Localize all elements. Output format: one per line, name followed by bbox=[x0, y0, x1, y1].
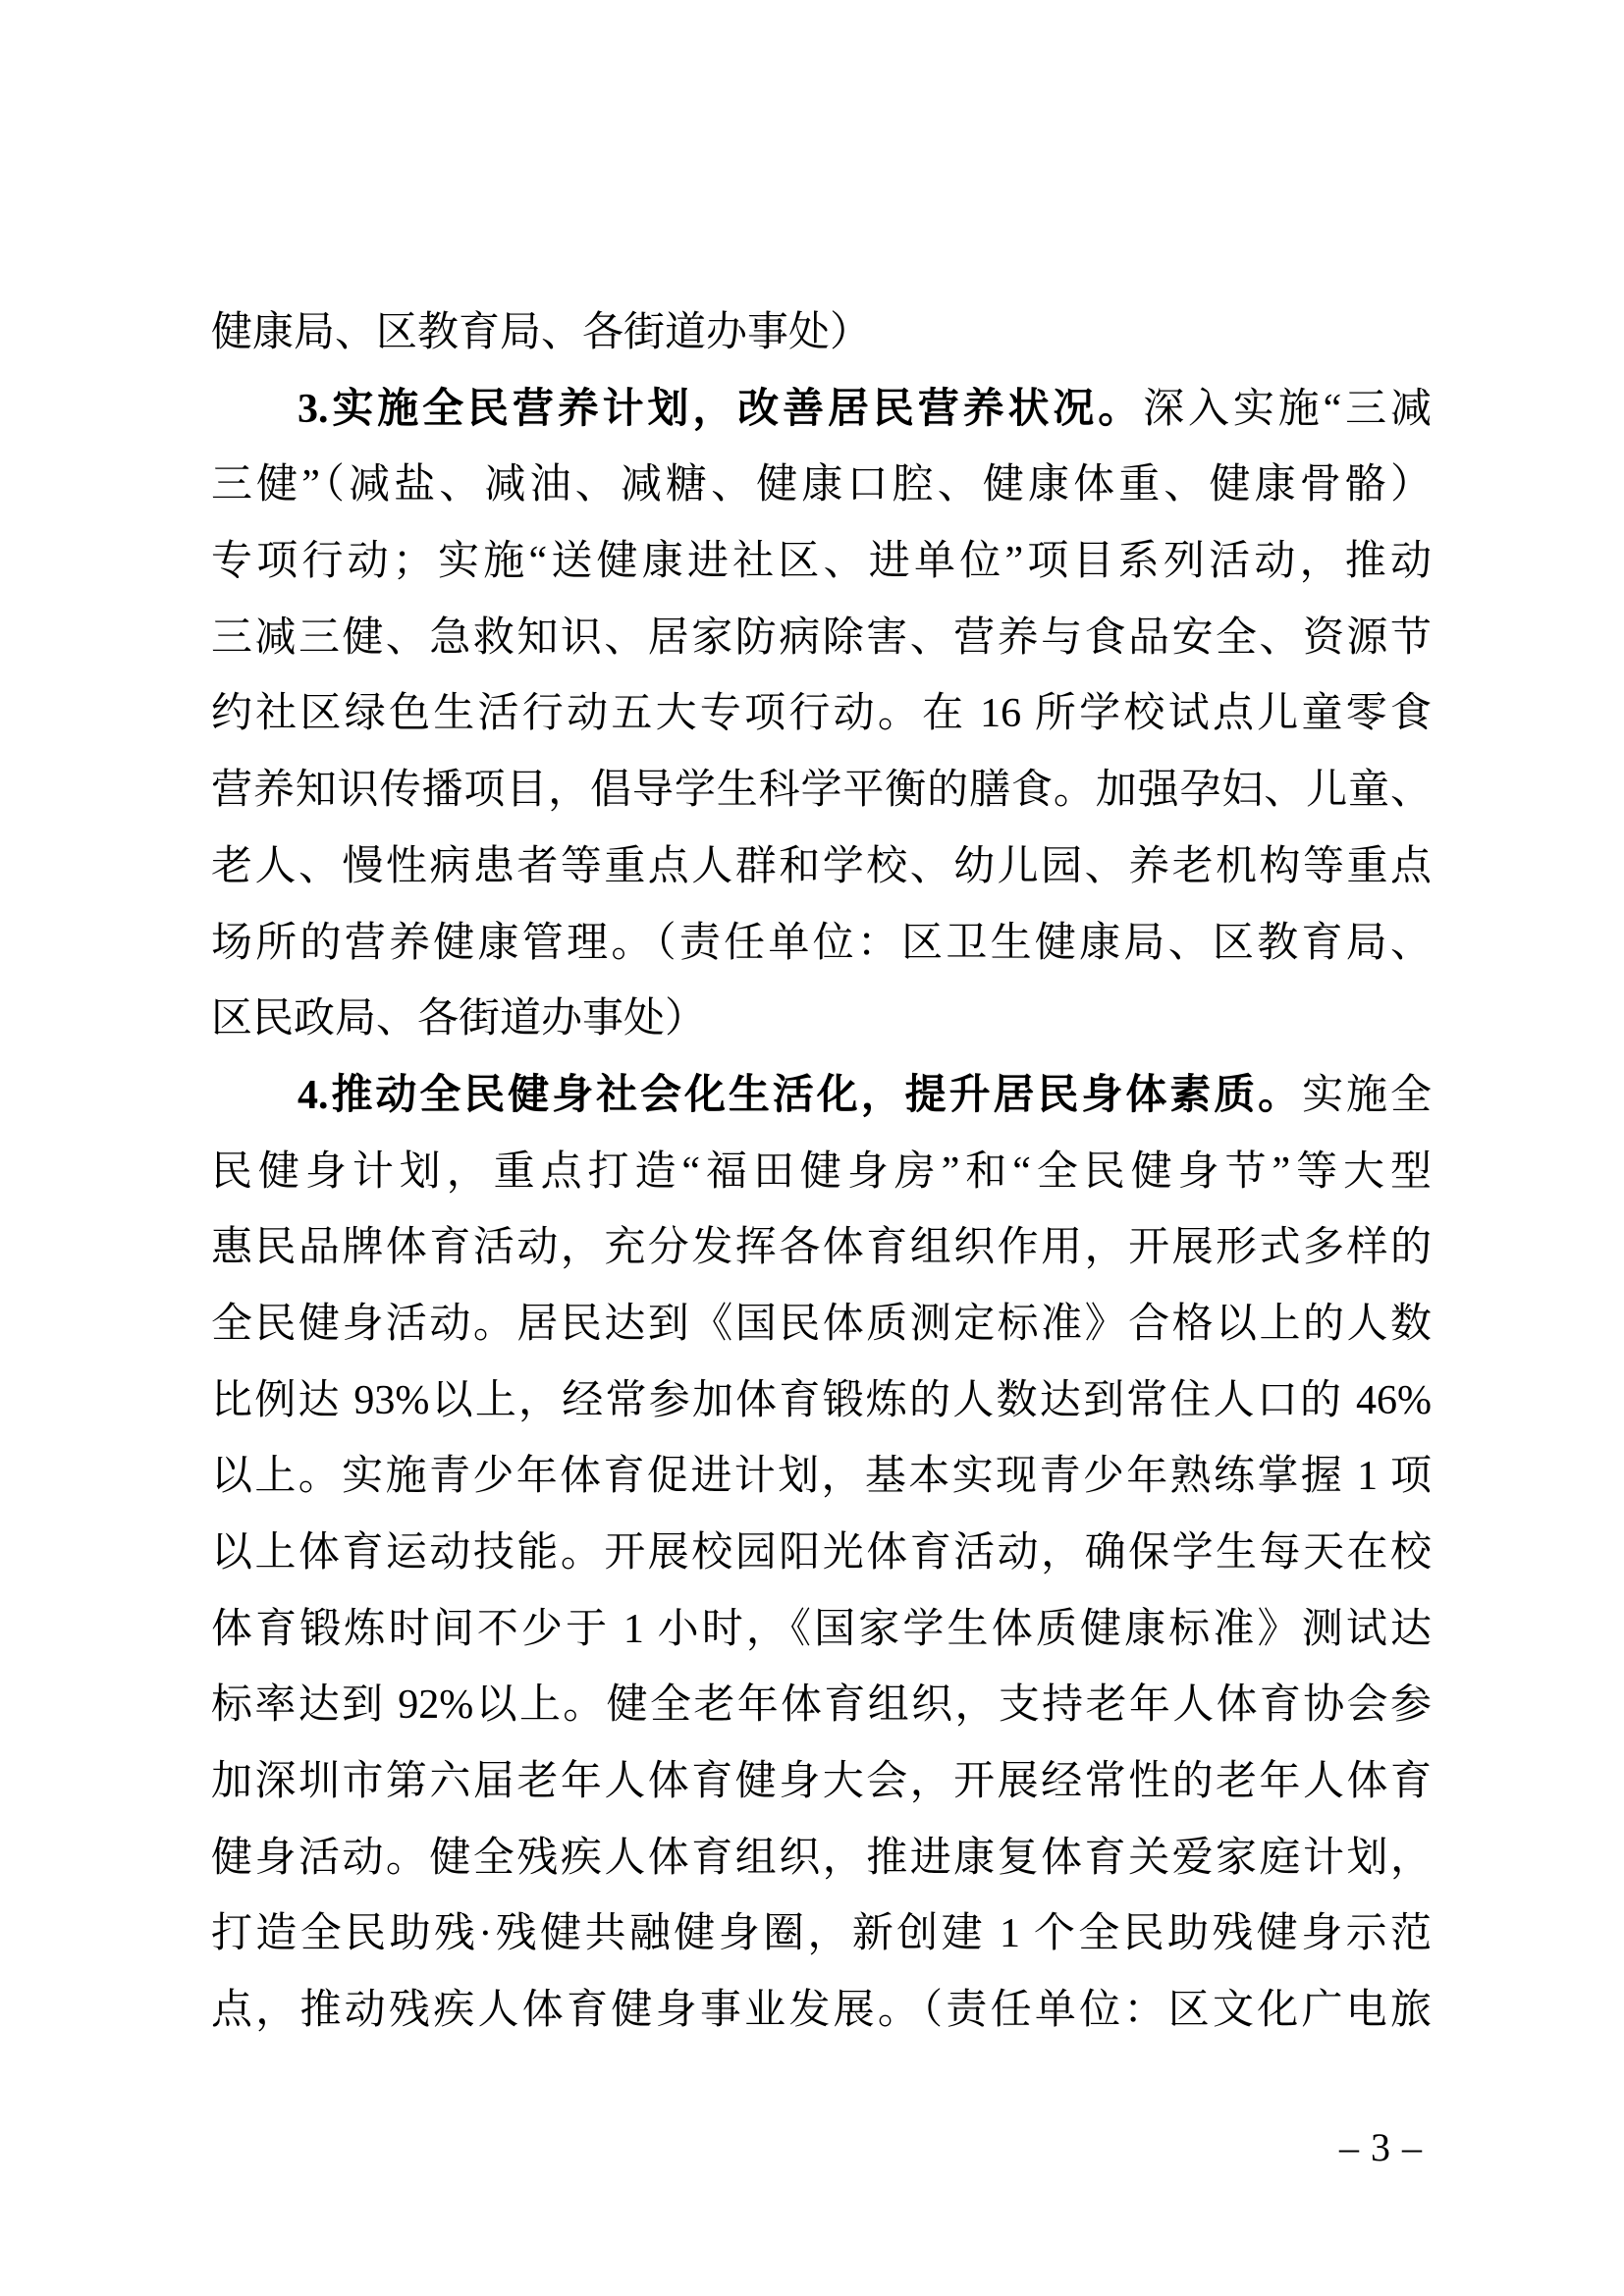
text-run: 全民健身活动。居民达到《国民体质测定标准》合格以上的人数 bbox=[211, 1302, 1432, 1347]
text-line: 健康局、区教育局、各街道办事处） bbox=[211, 295, 1432, 372]
document-page: 健康局、区教育局、各街道办事处）3.实施全民营养计划，改善居民营养状况。深入实施… bbox=[0, 0, 1624, 2296]
text-line: 专项行动；实施“送健康进社区、进单位”项目系列活动，推动 bbox=[211, 524, 1432, 601]
text-line: 营养知识传播项目，倡导学生科学平衡的膳食。加强孕妇、儿童、 bbox=[211, 753, 1432, 829]
text-run: 区民政局、各街道办事处） bbox=[211, 996, 706, 1041]
text-run: 民健身计划，重点打造“福田健身房”和“全民健身节”等大型 bbox=[211, 1149, 1432, 1195]
text-line: 约社区绿色生活行动五大专项行动。在 16 所学校试点儿童零食 bbox=[211, 676, 1432, 753]
text-run: 体育锻炼时间不少于 1 小时，《国家学生体质健康标准》测试达 bbox=[211, 1607, 1432, 1652]
text-run: 以上。实施青少年体育促进计划，基本实现青少年熟练掌握 1 项 bbox=[211, 1454, 1432, 1499]
text-run: 标率达到 92%以上。健全老年体育组织，支持老年人体育协会参 bbox=[211, 1682, 1432, 1728]
text-line: 以上。实施青少年体育促进计划，基本实现青少年熟练掌握 1 项 bbox=[211, 1439, 1432, 1516]
text-line: 三健”（减盐、减油、减糖、健康口腔、健康体重、健康骨骼） bbox=[211, 448, 1432, 524]
text-line: 全民健身活动。居民达到《国民体质测定标准》合格以上的人数 bbox=[211, 1287, 1432, 1363]
text-run: 加深圳市第六届老年人体育健身大会，开展经常性的老年人体育 bbox=[211, 1759, 1432, 1804]
document-body: 健康局、区教育局、各街道办事处）3.实施全民营养计划，改善居民营养状况。深入实施… bbox=[211, 295, 1432, 2050]
text-line: 区民政局、各街道办事处） bbox=[211, 982, 1432, 1058]
text-line: 加深圳市第六届老年人体育健身大会，开展经常性的老年人体育 bbox=[211, 1744, 1432, 1821]
heading-run: 4.推动全民健身社会化生活化，提升居民身体素质。 bbox=[298, 1073, 1302, 1118]
text-line: 老人、慢性病患者等重点人群和学校、幼儿园、养老机构等重点 bbox=[211, 829, 1432, 906]
text-run: 健康局、区教育局、各街道办事处） bbox=[211, 310, 871, 355]
text-line: 以上体育运动技能。开展校园阳光体育活动，确保学生每天在校 bbox=[211, 1516, 1432, 1592]
text-run: 老人、慢性病患者等重点人群和学校、幼儿园、养老机构等重点 bbox=[211, 844, 1432, 889]
text-run: 专项行动；实施“送健康进社区、进单位”项目系列活动，推动 bbox=[211, 539, 1432, 584]
text-line: 打造全民助残·残健共融健身圈，新创建 1 个全民助残健身示范 bbox=[211, 1896, 1432, 1973]
text-run: 点，推动残疾人体育健身事业发展。（责任单位：区文化广电旅 bbox=[211, 1988, 1432, 2033]
text-line: 民健身计划，重点打造“福田健身房”和“全民健身节”等大型 bbox=[211, 1135, 1432, 1211]
text-run: 以上体育运动技能。开展校园阳光体育活动，确保学生每天在校 bbox=[211, 1530, 1432, 1575]
text-run: 深入实施“三减 bbox=[1143, 387, 1432, 432]
text-line: 标率达到 92%以上。健全老年体育组织，支持老年人体育协会参 bbox=[211, 1668, 1432, 1744]
text-run: 实施全 bbox=[1302, 1073, 1432, 1118]
page-number: – 3 – bbox=[1339, 2126, 1423, 2169]
text-line: 体育锻炼时间不少于 1 小时，《国家学生体质健康标准》测试达 bbox=[211, 1592, 1432, 1669]
text-run: 营养知识传播项目，倡导学生科学平衡的膳食。加强孕妇、儿童、 bbox=[211, 768, 1432, 813]
text-line: 3.实施全民营养计划，改善居民营养状况。深入实施“三减 bbox=[211, 372, 1432, 449]
text-line: 健身活动。健全残疾人体育组织，推进康复体育关爱家庭计划， bbox=[211, 1821, 1432, 1897]
heading-run: 3.实施全民营养计划，改善居民营养状况。 bbox=[298, 387, 1143, 432]
text-run: 三健”（减盐、减油、减糖、健康口腔、健康体重、健康骨骼） bbox=[211, 462, 1432, 507]
text-run: 健身活动。健全残疾人体育组织，推进康复体育关爱家庭计划， bbox=[211, 1836, 1432, 1881]
text-line: 三减三健、急救知识、居家防病除害、营养与食品安全、资源节 bbox=[211, 601, 1432, 677]
text-run: 场所的营养健康管理。（责任单位：区卫生健康局、区教育局、 bbox=[211, 921, 1432, 966]
text-line: 比例达 93%以上，经常参加体育锻炼的人数达到常住人口的 46% bbox=[211, 1363, 1432, 1440]
text-line: 点，推动残疾人体育健身事业发展。（责任单位：区文化广电旅 bbox=[211, 1973, 1432, 2050]
text-run: 打造全民助残·残健共融健身圈，新创建 1 个全民助残健身示范 bbox=[211, 1911, 1432, 1956]
text-line: 场所的营养健康管理。（责任单位：区卫生健康局、区教育局、 bbox=[211, 906, 1432, 983]
text-run: 惠民品牌体育活动，充分发挥各体育组织作用，开展形式多样的 bbox=[211, 1225, 1432, 1270]
text-line: 4.推动全民健身社会化生活化，提升居民身体素质。实施全 bbox=[211, 1058, 1432, 1135]
text-run: 约社区绿色生活行动五大专项行动。在 16 所学校试点儿童零食 bbox=[211, 691, 1432, 736]
text-line: 惠民品牌体育活动，充分发挥各体育组织作用，开展形式多样的 bbox=[211, 1210, 1432, 1287]
text-run: 比例达 93%以上，经常参加体育锻炼的人数达到常住人口的 46% bbox=[211, 1378, 1432, 1423]
text-run: 三减三健、急救知识、居家防病除害、营养与食品安全、资源节 bbox=[211, 615, 1432, 661]
